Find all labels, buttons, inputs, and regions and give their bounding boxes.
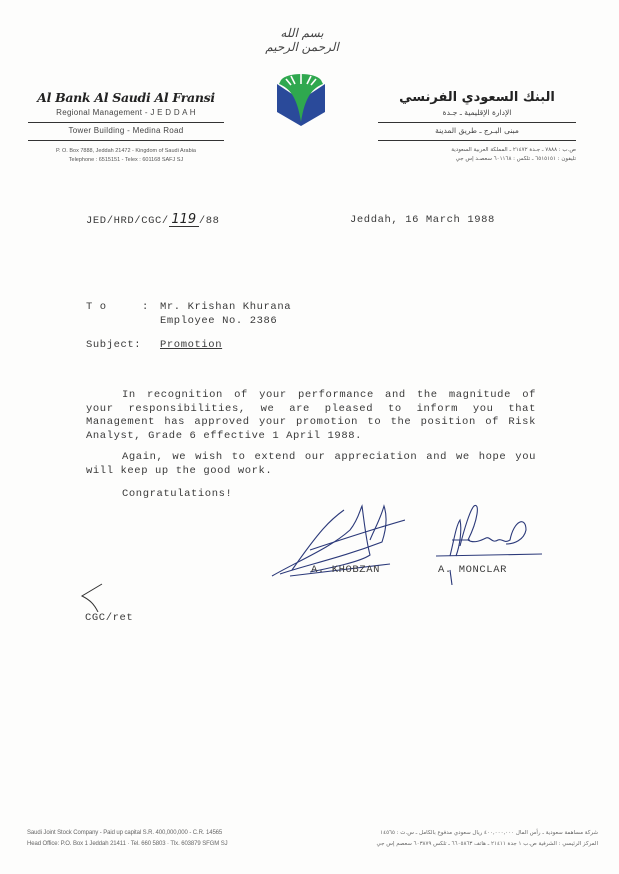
bank-name-arabic: البنك السعودي الفرنسي (378, 90, 576, 106)
footer-arabic: شركة مساهمة سعودية ـ رأس المال ٤٠٠,٠٠٠,٠… (326, 828, 598, 850)
footer-english-line-1: Saudi Joint Stock Company - Paid up capi… (27, 828, 228, 839)
division-arabic: الإدارة الإقليمية ـ جـدة (378, 108, 576, 119)
divider (378, 140, 576, 141)
subject-value: Promotion (160, 339, 222, 351)
divider (378, 122, 576, 123)
body-paragraph-1: In recognition of your performance and t… (86, 389, 536, 443)
recipient-name: Mr. Krishan Khurana (160, 301, 291, 313)
letterhead-english: Al Bank Al Saudi Al Fransi Regional Mana… (28, 90, 224, 165)
signatory-name-2: A. MONCLAR (438, 564, 507, 576)
reference-suffix: /88 (199, 215, 220, 227)
to-label: T o (86, 301, 107, 313)
footer-arabic-line-2: المركز الرئيسي : الشرفية ص.ب ١ جدة ٢١٤١١… (326, 839, 598, 850)
division-english: Regional Management - J E D D A H (28, 108, 224, 119)
footer-english-line-2: Head Office: P.O. Box 1 Jeddah 21411 · T… (27, 839, 228, 850)
reference-prefix: JED/HRD/CGC/ (86, 215, 169, 227)
letterhead-arabic: البنك السعودي الفرنسي الإدارة الإقليمية … (378, 90, 576, 164)
bank-name-english: Al Bank Al Saudi Al Fransi (28, 90, 224, 106)
footer-arabic-line-1: شركة مساهمة سعودية ـ رأس المال ٤٠٠,٠٠٠,٠… (326, 828, 598, 839)
bank-logo (277, 70, 325, 126)
contact-english: Telephone : 6515151 - Telex : 601168 SAF… (28, 156, 224, 165)
handwritten-reference-number: 119 (169, 214, 199, 227)
letter-date: Jeddah, 16 March 1988 (350, 214, 495, 226)
building-english: Tower Building - Medina Road (28, 126, 224, 137)
bank-logo-icon (277, 70, 325, 126)
tick-mark-icon (80, 582, 108, 612)
building-arabic: مبنى البـرج ـ طريق المدينة (378, 126, 576, 137)
recipient-employee-no: Employee No. 2386 (160, 315, 277, 327)
divider (28, 140, 224, 141)
address-english: P. O. Box 7888, Jeddah 21472 - Kingdom o… (28, 147, 224, 156)
closing: Congratulations! (122, 488, 232, 500)
to-colon: : (142, 301, 149, 313)
body-paragraph-2: Again, we wish to extend our appreciatio… (86, 451, 536, 478)
signatory-name-1: A. KHOBZAN (311, 564, 380, 576)
divider (28, 122, 224, 123)
address-arabic: ص.ب : ٧٨٨٨ ـ جـدة ٢١٤٧٢ ـ المملكة العربي… (378, 146, 576, 155)
subject-label: Subject: (86, 339, 141, 351)
typist-initials: CGC/ret (85, 612, 133, 624)
contact-arabic: تليفون : ٦٥١٥١٥١ ـ تلكس : ٦٠١١٦٨ سعصـد إ… (378, 155, 576, 164)
footer-english: Saudi Joint Stock Company - Paid up capi… (27, 828, 228, 850)
bismillah-calligraphy: بسم الله الرحمن الرحيم (262, 26, 342, 46)
reference-number: JED/HRD/CGC/119/88 (86, 214, 220, 227)
